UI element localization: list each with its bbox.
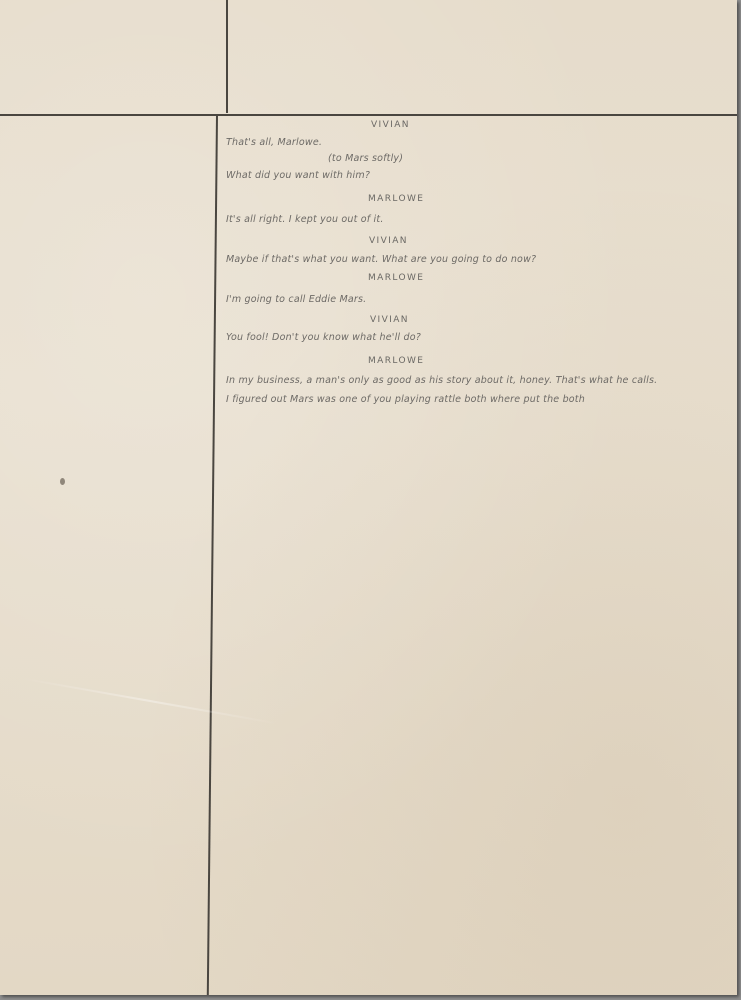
dialogue-line: What did you want with him? <box>226 170 370 181</box>
pencil-smudge <box>60 478 65 485</box>
speaker-name: MARLOWE <box>368 356 424 366</box>
speaker-name: VIVIAN <box>371 120 410 130</box>
dialogue-line: You fool! Don't you know what he'll do? <box>226 332 421 343</box>
paper-crease <box>22 677 278 724</box>
speaker-name: VIVIAN <box>370 315 409 325</box>
manuscript-page: VIVIAN That's all, Marlowe. (to Mars sof… <box>0 0 737 995</box>
horizontal-rule <box>0 114 737 116</box>
stage-direction: (to Mars softly) <box>328 153 403 164</box>
dialogue-line: I figured out Mars was one of you playin… <box>226 394 585 405</box>
speaker-name: MARLOWE <box>368 273 424 283</box>
speaker-name: MARLOWE <box>368 194 424 204</box>
dialogue-line: I'm going to call Eddie Mars. <box>226 294 366 305</box>
dialogue-line: That's all, Marlowe. <box>226 137 322 148</box>
vertical-rule-margin <box>207 116 218 995</box>
dialogue-line: It's all right. I kept you out of it. <box>226 214 384 225</box>
speaker-name: VIVIAN <box>369 236 408 246</box>
dialogue-line: Maybe if that's what you want. What are … <box>226 254 536 265</box>
vertical-rule-top <box>226 0 228 113</box>
dialogue-line: In my business, a man's only as good as … <box>226 375 657 386</box>
